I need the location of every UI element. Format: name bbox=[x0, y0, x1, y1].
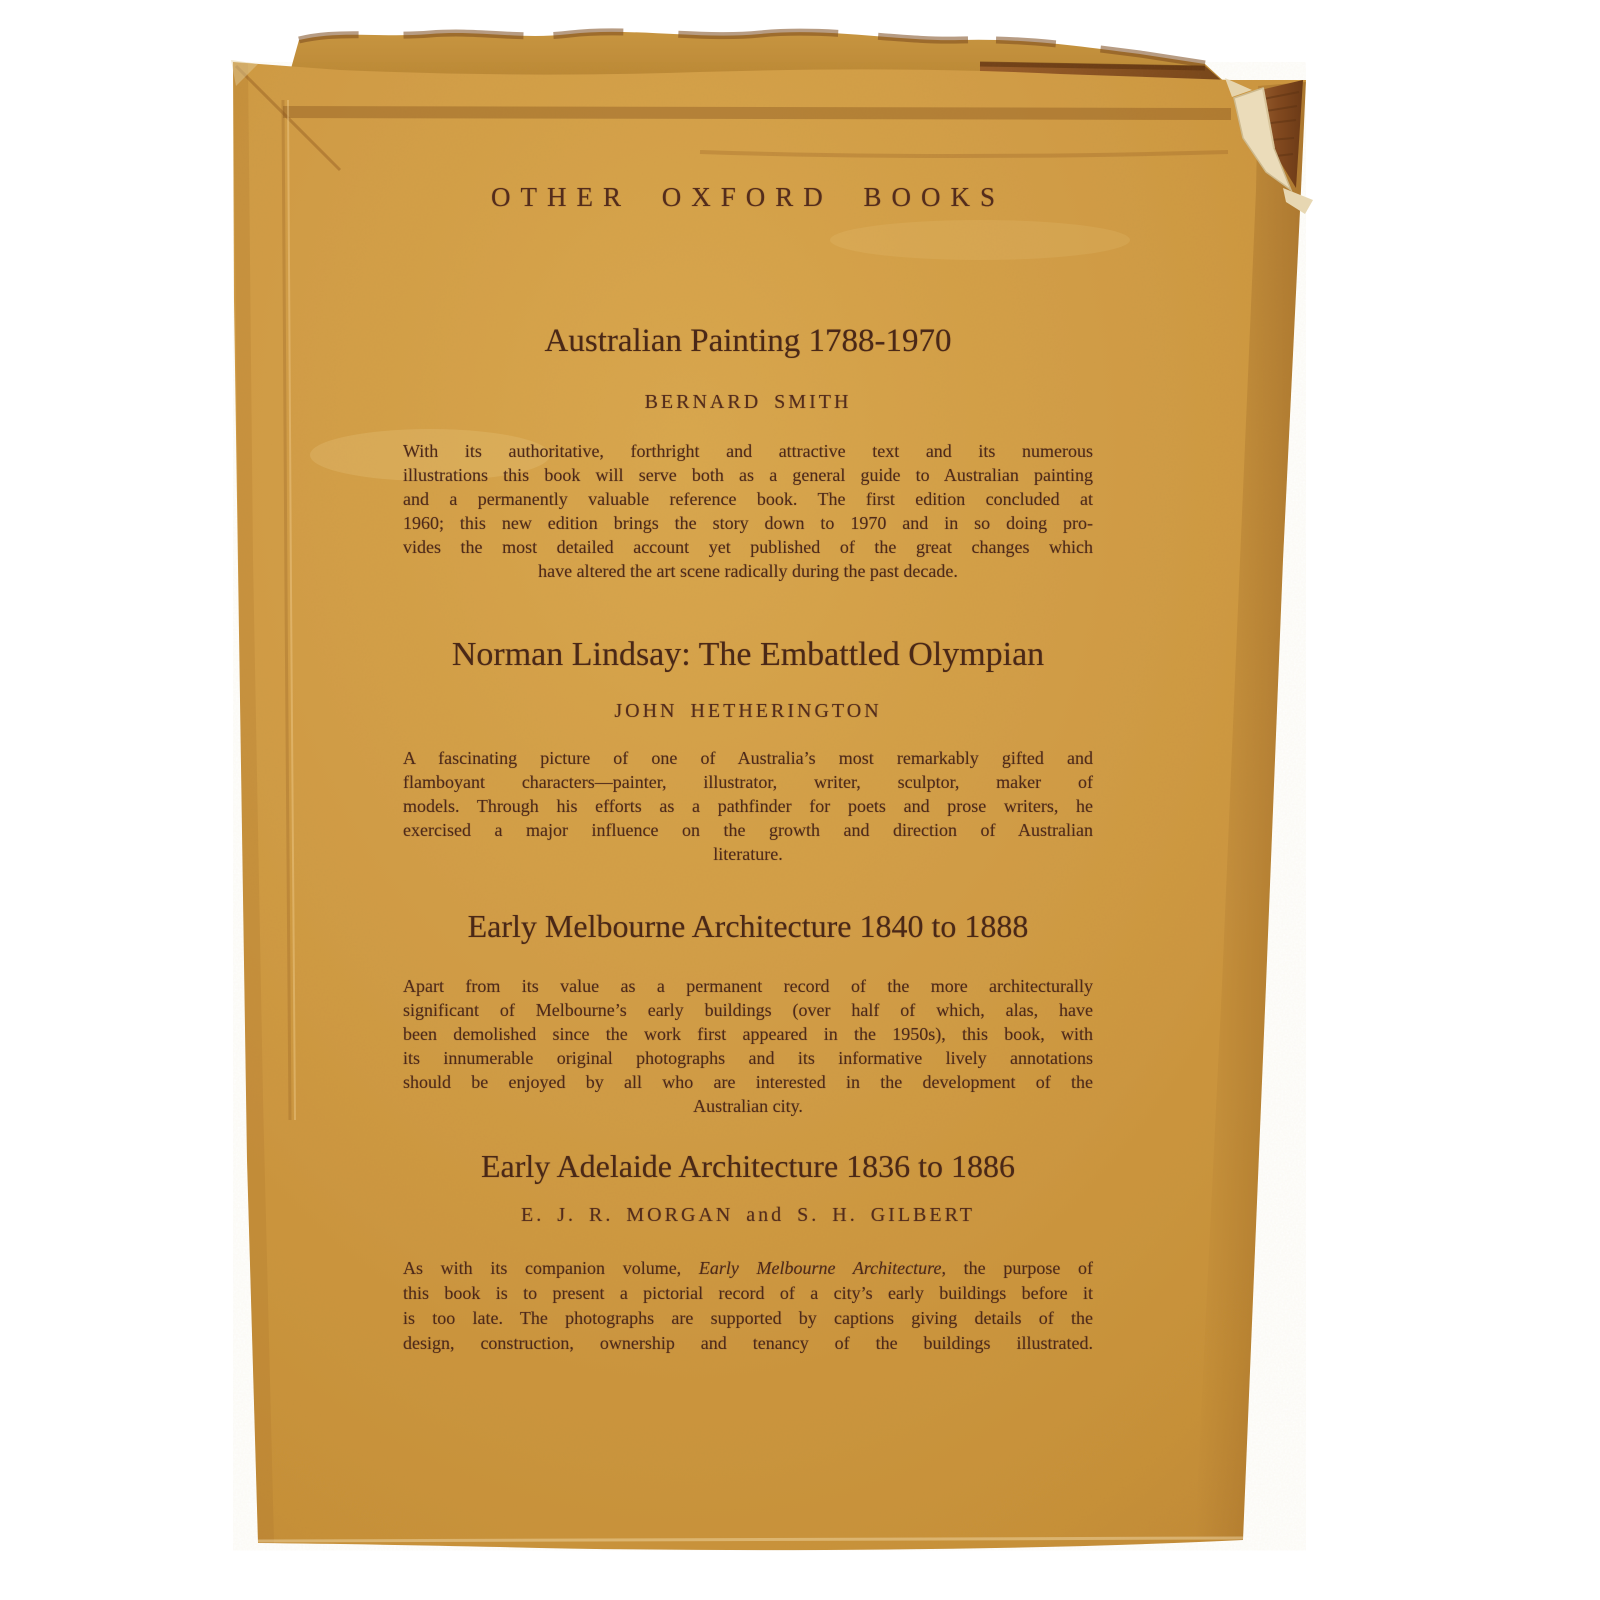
description-line: models. Through his efforts as a pathfin… bbox=[403, 796, 1093, 820]
description-line: its innumerable original photographs and… bbox=[403, 1048, 1093, 1072]
description-line: vides the most detailed account yet publ… bbox=[403, 537, 1093, 561]
book-title: Australian Painting 1788-1970 bbox=[403, 323, 1093, 360]
description-line: significant of Melbourne’s early buildin… bbox=[403, 1000, 1093, 1024]
book-photo bbox=[0, 0, 1600, 1600]
description-line: A fascinating picture of one of Australi… bbox=[403, 748, 1093, 772]
series-header: OTHER OXFORD BOOKS bbox=[403, 182, 1093, 213]
description-line-italic-title: Early Melbourne Architecture bbox=[699, 1258, 942, 1278]
description-line-roman: , the purpose of bbox=[941, 1258, 1093, 1278]
torn-corner-paper bbox=[231, 60, 1313, 214]
description-line: this book is to present a pictorial reco… bbox=[403, 1283, 1093, 1308]
book-title: Early Melbourne Architecture 1840 to 188… bbox=[403, 908, 1093, 945]
book-board-edge bbox=[980, 62, 1231, 108]
description-line: have altered the art scene radically dur… bbox=[403, 561, 1093, 585]
book-author: E. J. R. MORGAN and S. H. GILBERT bbox=[403, 1204, 1093, 1227]
book-description: With its authoritative, forthright and a… bbox=[403, 441, 1093, 585]
back-cover-text: OTHER OXFORD BOOKS Australian Painting 1… bbox=[403, 55, 1093, 1550]
description-line: Australian city. bbox=[403, 1096, 1093, 1120]
description-line-roman: As with its companion volume, bbox=[403, 1258, 699, 1278]
book-title: Norman Lindsay: The Embattled Olympian bbox=[403, 636, 1093, 674]
jacket-top-flap bbox=[283, 32, 1230, 106]
description-line: literature. bbox=[403, 844, 1093, 868]
book-title: Early Adelaide Architecture 1836 to 1886 bbox=[403, 1148, 1093, 1185]
description-line: flamboyant characters—painter, illustrat… bbox=[403, 772, 1093, 796]
book-description: Apart from its value as a permanent reco… bbox=[403, 976, 1093, 1120]
book-description: As with its companion volume, Early Melb… bbox=[403, 1258, 1093, 1358]
description-line: As with its companion volume, Early Melb… bbox=[403, 1258, 1093, 1283]
book-author: BERNARD SMITH bbox=[403, 391, 1093, 414]
book-author: JOHN HETHERINGTON bbox=[403, 700, 1093, 723]
description-line: is too late. The photographs are support… bbox=[403, 1308, 1093, 1333]
description-line: 1960; this new edition brings the story … bbox=[403, 513, 1093, 537]
description-line: With its authoritative, forthright and a… bbox=[403, 441, 1093, 465]
description-line: and a permanently valuable reference boo… bbox=[403, 489, 1093, 513]
description-line: should be enjoyed by all who are interes… bbox=[403, 1072, 1093, 1096]
book-description: A fascinating picture of one of Australi… bbox=[403, 748, 1093, 868]
torn-corner-cloth bbox=[1252, 80, 1303, 188]
description-line: Apart from its value as a permanent reco… bbox=[403, 976, 1093, 1000]
description-line: illustrations this book will serve both … bbox=[403, 465, 1093, 489]
description-line: design, construction, ownership and tena… bbox=[403, 1333, 1093, 1358]
photo-background: OTHER OXFORD BOOKS Australian Painting 1… bbox=[0, 0, 1600, 1600]
description-line: been demolished since the work first app… bbox=[403, 1024, 1093, 1048]
back-cover bbox=[233, 62, 1306, 1550]
description-line: exercised a major influence on the growt… bbox=[403, 820, 1093, 844]
